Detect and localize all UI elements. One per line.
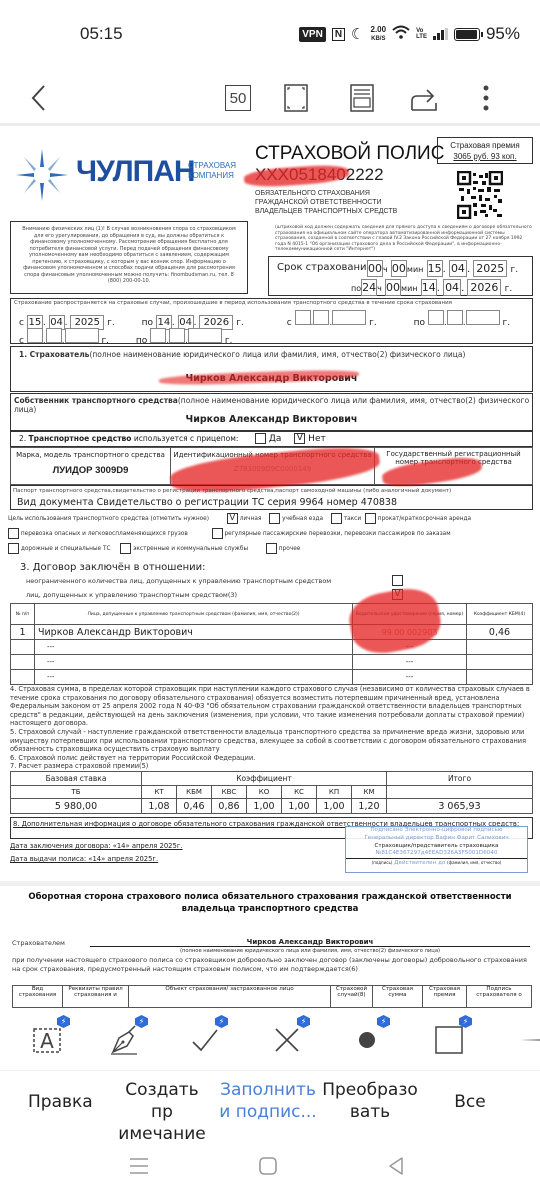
company-logo-subtitle: СТРАХОВАЯКОМПАНИЯ (188, 161, 236, 181)
system-nav-bar (0, 1140, 540, 1200)
digital-signature-stamp[interactable]: Подписано Электронно-цифровой подписью Г… (345, 826, 528, 873)
text-box-tool[interactable]: A ⚡ (22, 1015, 72, 1065)
premium-total: 3 065,93 (387, 799, 533, 814)
purpose-checkbox[interactable] (120, 543, 131, 554)
battery-percent: 95% (486, 24, 520, 44)
more-vert-icon (482, 84, 490, 112)
purpose-checkbox[interactable] (331, 513, 342, 524)
checkmark-tool[interactable]: ⚡ (180, 1015, 230, 1065)
share-button[interactable] (408, 78, 440, 118)
term-from: 00ч 00мин 15. 04. 2025 г. (367, 260, 518, 277)
chevron-left-icon (28, 82, 52, 114)
back-side-title: Оборотная сторона страхового полиса обяз… (10, 891, 530, 915)
checkmark-icon (189, 1024, 221, 1056)
contract-date: Дата заключения договора: «14» апреля 20… (10, 842, 183, 850)
insurance-term-box: Срок страхования с 00ч 00мин 15. 04. 202… (268, 256, 533, 296)
purpose-checkbox[interactable] (212, 528, 223, 539)
tab-create-note[interactable]: Создать примечание (112, 1079, 212, 1145)
premium-badge-icon: ⚡ (377, 1015, 390, 1028)
vehicle-model: ЛУИДОР 3009D9 (11, 465, 170, 476)
dot-icon (357, 1030, 377, 1050)
policy-subtitle: ОБЯЗАТЕЛЬНОГО СТРАХОВАНИЯГРАЖДАНСКОЙ ОТВ… (255, 189, 397, 216)
tab-edit[interactable]: Правка (28, 1091, 92, 1113)
usage-period-box: Страхование распространяется на страховы… (10, 298, 533, 344)
recents-button[interactable] (128, 1156, 150, 1180)
status-bar: 05:15 VPN N ☾ 2.00KB/S VoLTE 95% (0, 0, 540, 70)
document-viewport[interactable]: ЧУЛПАН СТРАХОВАЯКОМПАНИЯ СТРАХОВОЙ ПОЛИС… (0, 129, 540, 1009)
owner-name: Чирков Александр Викторович (11, 414, 532, 425)
purpose-checkbox[interactable] (8, 543, 19, 554)
more-options-button[interactable] (470, 78, 502, 118)
rectangle-tool[interactable]: ⚡ (424, 1015, 474, 1065)
fullscreen-button[interactable] (280, 78, 312, 118)
dot-tool[interactable]: ⚡ (342, 1015, 392, 1065)
usage-period-1: с 15. 04. 2025 г. по 14. 04. 2026 г. с .… (19, 310, 510, 330)
vehicle-document: Паспорт транспортного средства,свидетель… (10, 485, 533, 510)
policy-clauses: 4. Страховая сумма, в пределах которой с… (10, 685, 535, 771)
clock: 05:15 (80, 24, 123, 44)
trailer-no-checkbox[interactable]: V (294, 433, 305, 444)
moon-icon: ☾ (351, 25, 364, 43)
back-button[interactable] (28, 82, 52, 114)
text-box-icon: A (32, 1025, 62, 1055)
back-side-text: при получении настоящего страхового поли… (12, 956, 532, 974)
purpose-checkbox[interactable] (269, 513, 280, 524)
company-logo-text: ЧУЛПАН (76, 155, 195, 189)
square-icon (434, 1025, 464, 1055)
pdf-viewer-screen: 05:15 VPN N ☾ 2.00KB/S VoLTE 95% 50 (0, 0, 540, 1200)
tab-all[interactable]: Все (440, 1091, 500, 1113)
network-speed: 2.00KB/S (371, 26, 387, 43)
table-row: --- --- (11, 655, 533, 670)
home-square-icon (258, 1156, 278, 1176)
table-row: 1 Чирков Александр Викторович 99 00 0029… (11, 625, 533, 640)
premium-box: Страховая премия 3065 руб. 93 коп. (437, 137, 533, 164)
page-number-icon: 50 (225, 85, 251, 111)
drivers-table: № п/п Лица, допущенные к управлению тран… (10, 603, 533, 685)
nfc-icon: N (332, 28, 345, 41)
ombudsman-notice: Вниманию физических лиц (1)! В случае во… (10, 221, 248, 294)
home-button[interactable] (258, 1156, 278, 1180)
svg-text:A: A (40, 1029, 54, 1053)
page-number-button[interactable]: 50 (222, 78, 254, 118)
fullscreen-icon (284, 84, 308, 112)
back-nav-button[interactable] (386, 1156, 406, 1180)
issue-date: Дата выдачи полиса: «14» апреля 2025г. (10, 855, 158, 863)
trailer-yes-checkbox[interactable] (255, 433, 266, 444)
insurer-section: 1. Страхователь(полное наименование юрид… (10, 346, 533, 392)
scroll-indicator (520, 1039, 540, 1041)
wifi-icon (392, 24, 410, 44)
back-triangle-icon (386, 1156, 406, 1176)
share-icon (409, 83, 439, 113)
chulpan-logo-icon (14, 147, 70, 203)
vpn-icon: VPN (299, 27, 326, 42)
signature-tool[interactable]: ⚡ (100, 1015, 150, 1065)
pdf-page-back: Оборотная сторона страхового полиса обяз… (0, 886, 540, 1009)
purpose-checkbox[interactable] (365, 513, 376, 524)
reading-mode-button[interactable] (346, 78, 378, 118)
reading-mode-icon (350, 84, 374, 112)
voluntary-insurance-table: Вид страхования Реквизиты правил страхов… (12, 985, 532, 1008)
annotation-tools-bar: A ⚡ ⚡ ⚡ ⚡ ⚡ ⚡ (0, 1009, 540, 1069)
tab-convert[interactable]: Преобразовать (320, 1079, 420, 1123)
pdf-page-front: ЧУЛПАН СТРАХОВАЯКОМПАНИЯ СТРАХОВОЙ ПОЛИС… (0, 129, 540, 881)
cross-icon (273, 1026, 301, 1054)
cross-tool[interactable]: ⚡ (262, 1015, 312, 1065)
qr-code-note: (штриховой код должен содержать сведения… (275, 225, 533, 253)
premium-values-row: 5 980,00 1,08 0,46 0,86 1,00 1,00 1,00 1… (11, 799, 533, 814)
pen-signature-icon (109, 1024, 141, 1056)
usage-purpose: Цель использования транспортного средств… (8, 513, 538, 558)
menu-icon (128, 1156, 150, 1176)
viewer-toolbar: 50 (0, 70, 540, 126)
premium-calculation-table: Базовая ставка Коэффициент Итого ТБ КТ К… (10, 771, 533, 814)
policy-title: СТРАХОВОЙ ПОЛИС (255, 143, 444, 165)
purpose-checkbox[interactable] (8, 528, 19, 539)
term-to: по24ч 00мин 14. 04. 2026 г. (351, 279, 512, 296)
vehicle-info: Марка, модель транспортного средства ЛУИ… (10, 447, 533, 485)
back-insurer-name: Чирков Александр Викторович (90, 938, 530, 947)
owner-section: Собственник транспортного средства(полно… (10, 393, 533, 431)
term-label: Срок страхования с (277, 262, 381, 273)
vehicle-document-value: Вид документа Свидетельство о регистраци… (17, 497, 397, 508)
battery-icon (454, 28, 480, 41)
purpose-checkbox[interactable] (266, 543, 277, 554)
usage-period-2: с .. г. по .. г. (19, 328, 232, 346)
purpose-checkbox[interactable]: V (227, 513, 238, 524)
table-row: --- --- (11, 670, 533, 685)
qr-code-icon (457, 171, 503, 219)
signal-icon (433, 28, 448, 40)
table-row: --- --- (11, 640, 533, 655)
volte-icon: VoLTE (416, 28, 427, 40)
bottom-tab-bar: Правка Создать примечание Заполнитьи под… (0, 1070, 540, 1140)
contract-title: 3. Договор заключён в отношении: (20, 562, 206, 573)
premium-value: 3065 руб. 93 коп. (438, 151, 532, 162)
unlimited-drivers-checkbox[interactable] (392, 575, 403, 586)
tab-fill-sign[interactable]: Заполнитьи подпис... (218, 1079, 318, 1123)
trailer-row: 2. Транспортное средство используется с … (10, 431, 533, 447)
